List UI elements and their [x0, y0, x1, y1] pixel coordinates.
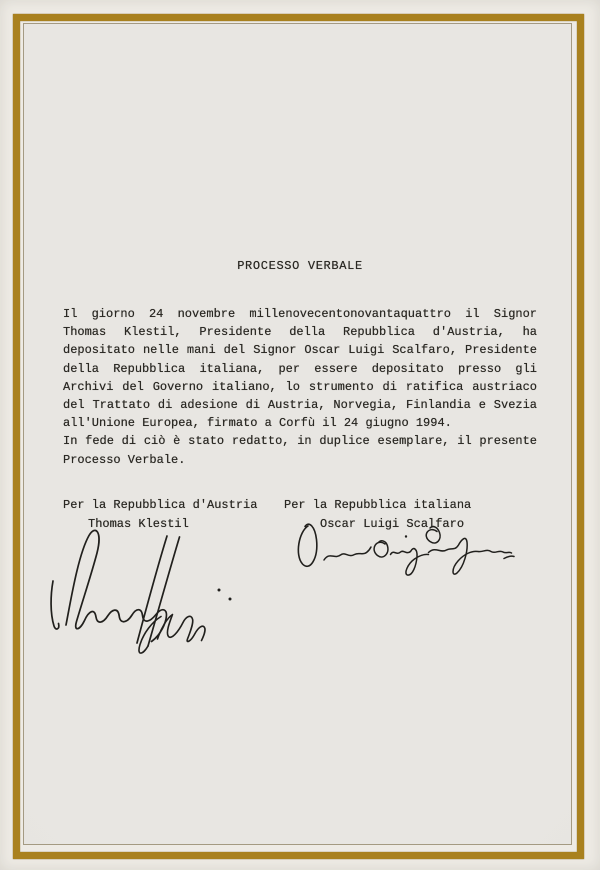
scalfaro-signature-icon — [278, 514, 518, 594]
document-scan: PROCESSO VERBALE Il giorno 24 novembre m… — [0, 0, 600, 870]
signature-stroke — [429, 538, 512, 574]
signature-stroke — [374, 541, 388, 557]
body-line: Thomas Klestil, Presidente della Repubbl… — [63, 323, 537, 341]
body-paragraph: Il giorno 24 novembre millenovecentonova… — [63, 305, 537, 469]
body-line: della Repubblica italiana, per essere de… — [63, 360, 537, 378]
signature-stroke — [324, 547, 371, 560]
signature-stroke — [158, 615, 205, 642]
body-line: Il giorno 24 novembre millenovecentonova… — [63, 305, 537, 323]
body-line: all'Unione Europea, firmato a Corfù il 2… — [63, 414, 537, 432]
body-line: Processo Verbale. — [63, 451, 537, 469]
document-content: PROCESSO VERBALE Il giorno 24 novembre m… — [0, 0, 600, 870]
body-line: depositato nelle mani del Signor Oscar L… — [63, 341, 537, 359]
signature-stroke — [148, 537, 180, 646]
klestil-signature-icon — [40, 521, 250, 661]
signature-dot — [218, 589, 221, 592]
signature-dot — [405, 535, 407, 537]
austria-signatory-org: Per la Repubblica d'Austria — [63, 498, 257, 512]
signature-stroke — [391, 549, 429, 575]
body-line: Archivi del Governo italiano, lo strumen… — [63, 378, 537, 396]
body-line: del Trattato di adesione di Austria, Nor… — [63, 396, 537, 414]
body-line: In fede di ciò è stato redatto, in dupli… — [63, 432, 537, 450]
signature-stroke — [298, 524, 316, 566]
signature-stroke — [504, 556, 514, 558]
signature-stroke — [51, 581, 59, 629]
signature-stroke — [426, 527, 440, 543]
italy-signatory-org: Per la Repubblica italiana — [284, 498, 471, 512]
signature-dot — [229, 598, 232, 601]
document-title: PROCESSO VERBALE — [0, 259, 600, 273]
